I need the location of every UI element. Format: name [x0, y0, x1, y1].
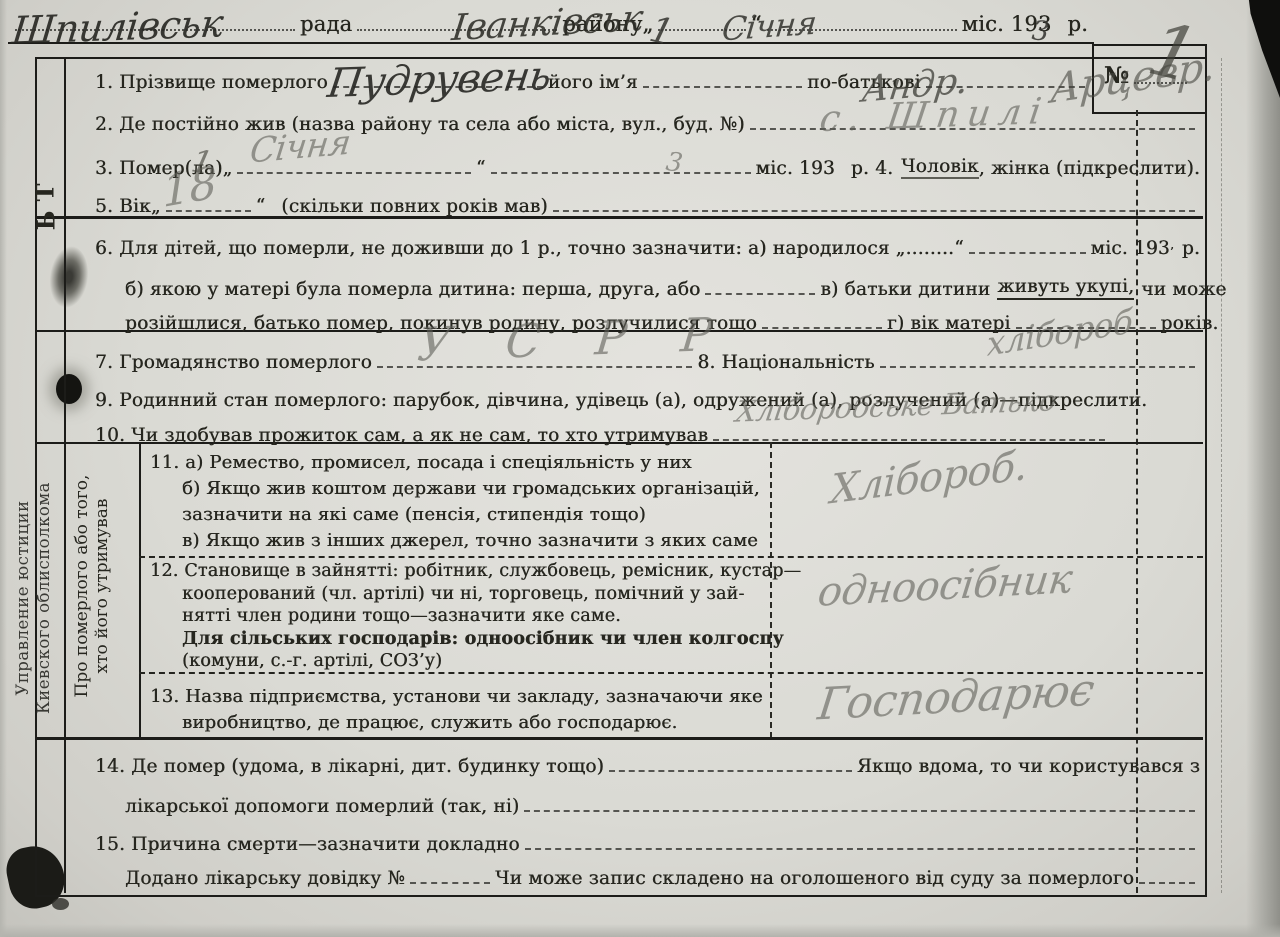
sex-female-option: , жінка (підкреслити). [979, 158, 1200, 179]
stamp-line1: Управление юстиции [12, 448, 33, 748]
year-tick: ’ [1170, 245, 1174, 259]
rule-under-13 [35, 737, 1203, 740]
field-10-row: 10. Чи здобував прожиток сам, а як не са… [95, 425, 1110, 446]
field-11-line1: 11. а) Ремество, промисел, посада і спец… [150, 450, 768, 476]
cause-of-death-label: 15. Причина смерти—зазначити докладно [95, 834, 520, 855]
raion-handwriting: Іванківськ [450, 1, 645, 47]
year-r-label: р. [1067, 12, 1088, 36]
field-6a-row: 6. Для дітей, що померли, не доживши до … [95, 238, 1200, 259]
field-12-line3: нятті член родини тощо—зазначити яке сам… [150, 605, 768, 628]
medical-help-label: лікарської допомоги померлий (так, ні) [125, 796, 519, 817]
parents-label: в) батьки дитини [820, 279, 990, 300]
field-11-box: 11. а) Ремество, промисел, посада і спец… [150, 450, 768, 554]
field-14b-row: лікарської допомоги померлий (так, ні) [125, 796, 1200, 817]
live-together-label: живуть укупі, [997, 276, 1134, 300]
place-of-death-label: 14. Де помер (удома, в лікарні, дит. буд… [95, 756, 604, 777]
field-6b-row: б) якою у матері була померла дитина: пе… [125, 276, 1200, 300]
citizenship-handwriting: У С Р Р [416, 310, 735, 367]
residence-handwriting: с. Шпилі [818, 94, 1052, 138]
block-label-line1: Про померлого або того, [72, 442, 92, 730]
children-label: 6. Для дітей, що померли, не доживши до … [95, 238, 890, 259]
answer-column-rule [770, 442, 772, 738]
born-quote-blank: „........“ [896, 238, 964, 259]
strip-letter-t: Т [30, 184, 59, 202]
sex-male-option: Чоловік [901, 156, 979, 179]
death-month-handwriting: Січня [248, 125, 352, 168]
stamp-line2: Киевского облисполкома [33, 448, 54, 748]
bottom-scan-edge [0, 924, 1280, 937]
ink-blot-small [52, 898, 69, 910]
born-month-label: міс. 193 [1091, 238, 1170, 259]
strip-letter-soft: Ь [31, 211, 60, 231]
block-11-13-label: Про померлого або того, хто його утримув… [72, 442, 112, 730]
open-quote: „ [151, 196, 161, 217]
close-quote: “ [476, 158, 486, 179]
surname-handwriting: Пудрувень [325, 56, 553, 104]
age-label: 5. Вік [95, 196, 151, 217]
citizenship-label: 7. Громадянство померлого [95, 352, 372, 373]
provider-label: 10. Чи здобував прожиток сам, а як не са… [95, 425, 708, 446]
age-handwriting: 18 [162, 161, 218, 215]
death-month-label: міс. 193 [756, 158, 835, 179]
court-declared-label: Чи може запис складено на оголошеного ві… [495, 868, 1134, 889]
born-year-label: р. [1182, 238, 1200, 259]
field-15b-row: Додано лікарську довідку № Чи може запис… [125, 868, 1200, 889]
which-child-label: б) якою у матері була померла дитина: пе… [125, 279, 700, 300]
if-at-home-label: Якщо вдома, то чи користувався з [857, 756, 1200, 777]
reg-year-digit-handwriting: 3 [1031, 17, 1050, 46]
age-hint-label: (скільки повних років мав) [281, 196, 548, 217]
field-11-line3: зазначити на які саме (пенсія, стипендія… [150, 502, 768, 528]
justice-stamp: Управление юстиции Киевского облисполком… [12, 448, 54, 748]
open-quote: „ [223, 158, 233, 179]
close-quote: “ [256, 196, 266, 217]
field-12-line1: 12. Становище в зайнятті: робітник, служ… [150, 560, 768, 583]
field-12-line4: Для сільських господарів: одноосібник чи… [150, 628, 768, 651]
rada-label: рада [300, 12, 352, 36]
field-11-line2: б) Якщо жив коштом держави чи громадськи… [150, 476, 768, 502]
field-15-row: 15. Причина смерти—зазначити докладно [95, 834, 1200, 855]
field-11-line4: в) Якщо жив з інших джерел, точно зазнач… [150, 528, 768, 554]
left-scan-edge [0, 0, 7, 937]
field-5-row: 5. Вік „ “ (скільки повних років мав) [95, 196, 1200, 217]
or-maybe-label: чи може [1141, 279, 1226, 300]
field-12-line5: (комуни, с.-г. артілі, СОЗ’у) [150, 650, 768, 673]
medical-certificate-label: Додано лікарську довідку № [125, 868, 405, 889]
council-handwriting: Шпилівськ [10, 4, 225, 50]
firstname-label: його ім’я [548, 72, 638, 93]
death-year-label: р. 4. [851, 158, 893, 179]
field-12-line2: кооперований (чл. артілі) чи ні, торгове… [150, 583, 768, 606]
paper-crease [1221, 58, 1222, 893]
reg-month-handwriting: Січня [720, 7, 818, 46]
residence-label: 2. Де постійно жив (назва району та села… [95, 114, 745, 135]
right-scan-edge [1246, 0, 1280, 937]
field-13-box: 13. Назва підприємства, установи чи закл… [150, 684, 768, 736]
field-13-line1: 13. Назва підприємства, установи чи закл… [150, 684, 768, 710]
death-record-form: Управление юстиции Киевского облисполком… [0, 0, 1280, 937]
field-12-box: 12. Становище в зайнятті: робітник, служ… [150, 560, 768, 673]
field-13-line2: виробництво, де працює, служить або госп… [150, 710, 768, 736]
block-label-rule [139, 442, 141, 738]
years-label: років. [1161, 313, 1219, 334]
left-strip-rule [64, 57, 66, 893]
surname-label: 1. Прізвище померлого [95, 72, 328, 93]
block-label-line2: хто його утримував [92, 442, 112, 730]
field-14-row: 14. Де помер (удома, в лікарні, дит. буд… [95, 756, 1200, 777]
